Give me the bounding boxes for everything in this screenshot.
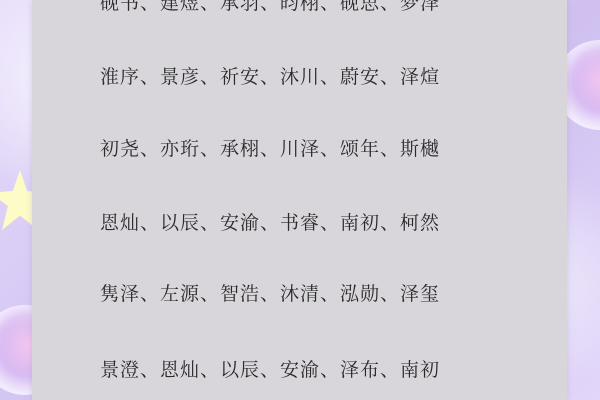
names-card: 砚书、建煜、承羽、昀栩、砚思、梦泽 淮序、景彦、祈安、沐川、蔚安、泽煊 初尧、亦… (32, 0, 567, 400)
names-row: 恩灿、以辰、安渝、书睿、南初、柯然 (100, 208, 520, 235)
names-row: 景澄、恩灿、以辰、安渝、泽布、南初 (100, 355, 520, 382)
names-row: 砚书、建煜、承羽、昀栩、砚思、梦泽 (100, 0, 520, 15)
names-row: 隽泽、左源、智浩、沐清、泓勋、泽玺 (100, 279, 520, 306)
names-row: 初尧、亦珩、承栩、川泽、颂年、斯樾 (100, 134, 520, 161)
names-row: 淮序、景彦、祈安、沐川、蔚安、泽煊 (100, 62, 520, 89)
